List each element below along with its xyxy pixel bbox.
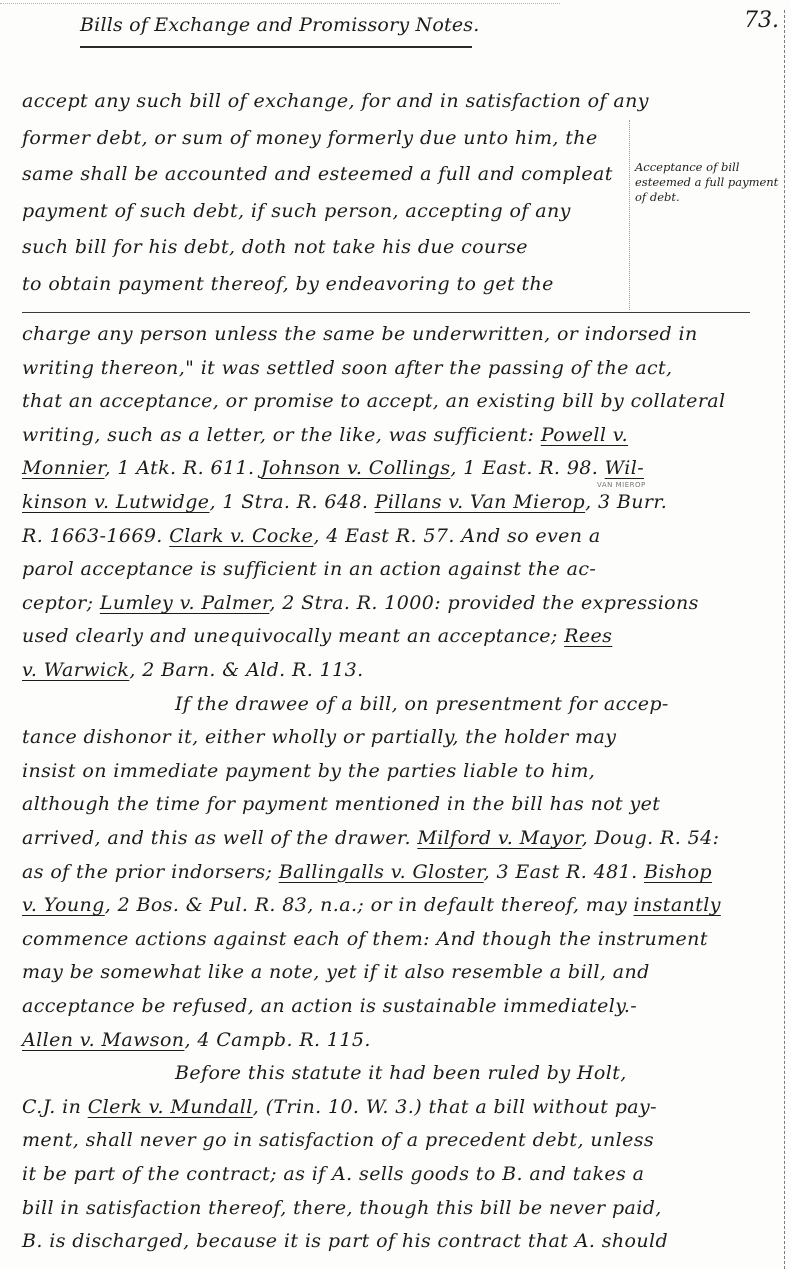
- text-line: same shall be accounted and esteemed a f…: [22, 163, 613, 185]
- text-line: B. is discharged, because it is part of …: [22, 1230, 668, 1252]
- case-citation: Clark v. Cocke: [169, 525, 313, 547]
- text-line: as of the prior indorsers; Ballingalls v…: [22, 861, 712, 883]
- text-line: If the drawee of a bill, on presentment …: [175, 693, 669, 715]
- text-segment: , 2 Stra. R. 1000: provided the expressi…: [269, 592, 698, 614]
- text-segment: insist on immediate payment by the parti…: [22, 760, 595, 782]
- case-citation: Lumley v. Palmer: [100, 592, 270, 614]
- text-segment: ment, shall never go in satisfaction of …: [22, 1129, 654, 1151]
- text-line: bill in satisfaction thereof, there, tho…: [22, 1197, 662, 1219]
- text-segment: , 4 Campb. R. 115.: [184, 1029, 370, 1051]
- text-segment: ceptor;: [22, 592, 100, 614]
- text-segment: it be part of the contract; as if A. sel…: [22, 1163, 644, 1185]
- correction-stamp: VAN MIEROP: [597, 481, 646, 489]
- case-citation: Bishop: [644, 861, 712, 883]
- case-citation: Milford v. Mayor: [417, 827, 581, 849]
- text-segment: , 4 East R. 57. And so even a: [313, 525, 600, 547]
- text-segment: C.J. in: [22, 1096, 88, 1118]
- text-line: commence actions against each of them: A…: [22, 928, 708, 950]
- text-line: to obtain payment thereof, by endeavorin…: [22, 273, 554, 295]
- page-title: Bills of Exchange and Promissory Notes.: [80, 14, 479, 36]
- text-segment: If the drawee of a bill, on presentment …: [175, 693, 669, 715]
- case-citation: v. Warwick: [22, 659, 129, 681]
- text-line: may be somewhat like a note, yet if it a…: [22, 961, 650, 983]
- text-line: acceptance be refused, an action is sust…: [22, 995, 637, 1017]
- text-line: R. 1663-1669. Clark v. Cocke, 4 East R. …: [22, 525, 601, 547]
- text-line: it be part of the contract; as if A. sel…: [22, 1163, 644, 1185]
- case-citation: Pillans v. Van Mierop: [375, 491, 585, 513]
- text-line: although the time for payment mentioned …: [22, 793, 660, 815]
- text-segment: , 3 East R. 481.: [484, 861, 644, 883]
- manuscript-page: Bills of Exchange and Promissory Notes. …: [0, 0, 791, 1269]
- text-line: parol acceptance is sufficient in an act…: [22, 558, 596, 580]
- case-citation: Johnson v. Collings: [261, 457, 451, 479]
- text-segment: tance dishonor it, either wholly or part…: [22, 726, 616, 748]
- text-line: payment of such debt, if such person, ac…: [22, 200, 571, 222]
- case-citation: kinson v. Lutwidge: [22, 491, 209, 513]
- margin-guide-line: [629, 120, 630, 310]
- text-segment: , 3 Burr.: [585, 491, 667, 513]
- case-citation: Ballingalls v. Gloster: [279, 861, 484, 883]
- text-segment: arrived, and this as well of the drawer.: [22, 827, 417, 849]
- text-segment: as of the prior indorsers;: [22, 861, 279, 883]
- text-segment: Before this statute it had been ruled by…: [175, 1062, 627, 1084]
- text-segment: , Doug. R. 54:: [582, 827, 720, 849]
- text-line: writing thereon," it was settled soon af…: [22, 357, 672, 379]
- case-citation: Powell v.: [541, 424, 628, 446]
- case-citation: Clerk v. Mundall: [88, 1096, 253, 1118]
- text-segment: commence actions against each of them: A…: [22, 928, 708, 950]
- text-segment: , 1 Stra. R. 648.: [209, 491, 374, 513]
- text-line: such bill for his debt, doth not take hi…: [22, 236, 528, 258]
- section-divider: [22, 312, 750, 313]
- text-line: Monnier, 1 Atk. R. 611. Johnson v. Colli…: [22, 457, 644, 479]
- text-line: C.J. in Clerk v. Mundall, (Trin. 10. W. …: [22, 1096, 657, 1118]
- title-underline: [80, 46, 472, 48]
- text-segment: that an acceptance, or promise to accept…: [22, 390, 726, 412]
- text-segment: , 1 Atk. R. 611.: [104, 457, 260, 479]
- text-line: accept any such bill of exchange, for an…: [22, 90, 649, 112]
- text-segment: charge any person unless the same be und…: [22, 323, 698, 345]
- text-line: used clearly and unequivocally meant an …: [22, 625, 612, 647]
- text-line: former debt, or sum of money formerly du…: [22, 127, 598, 149]
- text-segment: , 2 Barn. & Ald. R. 113.: [129, 659, 363, 681]
- case-citation: v. Young: [22, 894, 105, 916]
- text-line: charge any person unless the same be und…: [22, 323, 698, 345]
- text-segment: parol acceptance is sufficient in an act…: [22, 558, 596, 580]
- text-line: ment, shall never go in satisfaction of …: [22, 1129, 654, 1151]
- text-line: v. Young, 2 Bos. & Pul. R. 83, n.a.; or …: [22, 894, 721, 916]
- text-line: that an acceptance, or promise to accept…: [22, 390, 726, 412]
- case-citation: Allen v. Mawson: [22, 1029, 184, 1051]
- text-segment: , (Trin. 10. W. 3.) that a bill without …: [253, 1096, 657, 1118]
- text-line: arrived, and this as well of the drawer.…: [22, 827, 719, 849]
- text-line: ceptor; Lumley v. Palmer, 2 Stra. R. 100…: [22, 592, 699, 614]
- text-segment: , 1 East. R. 98.: [450, 457, 604, 479]
- text-segment: used clearly and unequivocally meant an …: [22, 625, 564, 647]
- text-line: tance dishonor it, either wholly or part…: [22, 726, 616, 748]
- text-segment: although the time for payment mentioned …: [22, 793, 660, 815]
- text-line: Before this statute it had been ruled by…: [175, 1062, 627, 1084]
- text-segment: writing, such as a letter, or the like, …: [22, 424, 541, 446]
- page-number: 73.: [744, 8, 779, 33]
- case-citation: Wil-: [605, 457, 644, 479]
- text-segment: writing thereon," it was settled soon af…: [22, 357, 672, 379]
- text-segment: , 2 Bos. & Pul. R. 83, n.a.; or in defau…: [105, 894, 634, 916]
- margin-note: Acceptance of bill esteemed a full payme…: [635, 160, 785, 205]
- case-citation: Rees: [564, 625, 612, 647]
- text-line: v. Warwick, 2 Barn. & Ald. R. 113.: [22, 659, 364, 681]
- text-line: insist on immediate payment by the parti…: [22, 760, 595, 782]
- text-segment: acceptance be refused, an action is sust…: [22, 995, 637, 1017]
- text-segment: may be somewhat like a note, yet if it a…: [22, 961, 650, 983]
- text-line: writing, such as a letter, or the like, …: [22, 424, 628, 446]
- page-top-edge: [0, 3, 560, 4]
- case-citation: Monnier: [22, 457, 104, 479]
- case-citation: instantly: [634, 894, 721, 916]
- text-segment: R. 1663-1669.: [22, 525, 169, 547]
- text-line: kinson v. Lutwidge, 1 Stra. R. 648. Pill…: [22, 491, 667, 513]
- text-segment: B. is discharged, because it is part of …: [22, 1230, 668, 1252]
- text-segment: bill in satisfaction thereof, there, tho…: [22, 1197, 662, 1219]
- text-line: Allen v. Mawson, 4 Campb. R. 115.: [22, 1029, 371, 1051]
